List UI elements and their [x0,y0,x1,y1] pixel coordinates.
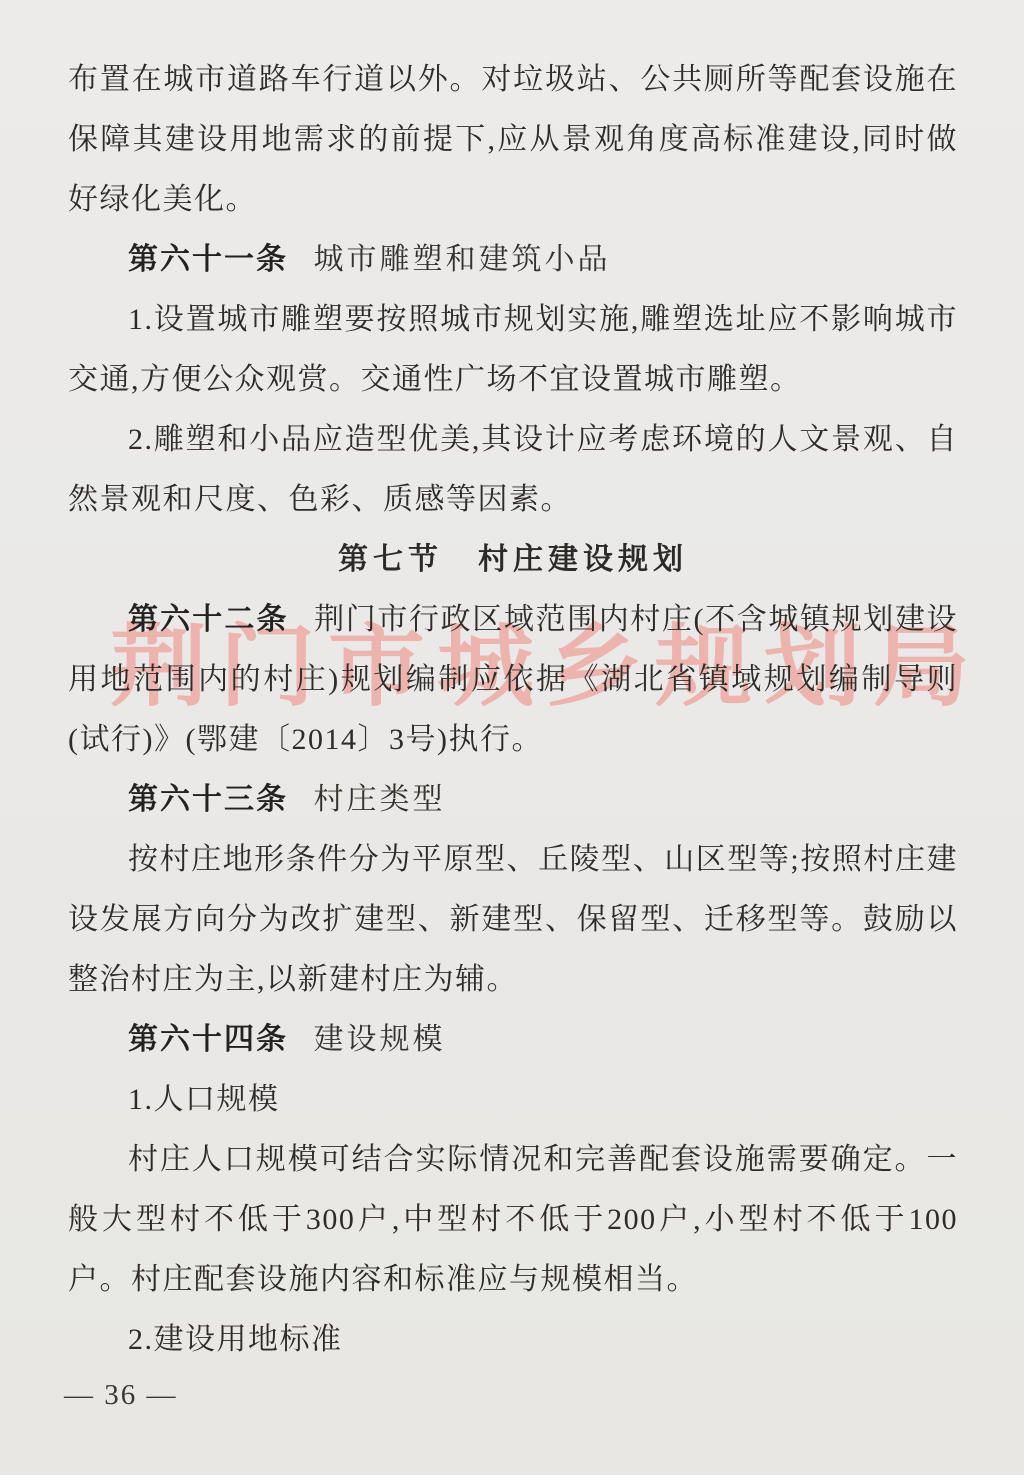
document-content: 布置在城市道路车行道以外。对垃圾站、公共厕所等配套设施在保障其建设用地需求的前提… [68,0,958,1370]
paragraph-village-types: 按村庄地形条件分为平原型、丘陵型、山区型等;按照村庄建设发展方向分为改扩建型、新… [68,830,958,1010]
article-number: 第六十四条 [128,1023,288,1056]
paragraph-population-scale: 村庄人口规模可结合实际情况和完善配套设施需要确定。一般大型村不低于300户,中型… [68,1130,958,1310]
article-62-paragraph: 第六十二条荆门市行政区域范围内村庄(不含城镇规划建设用地范围内的村庄)规划编制应… [68,590,958,770]
article-number: 第六十三条 [128,783,288,816]
paragraph-item-2: 2.雕塑和小品应造型优美,其设计应考虑环境的人文景观、自然景观和尺度、色彩、质感… [68,410,958,530]
paragraph-item-land-standard: 2.建设用地标准 [68,1310,958,1370]
article-title: 村庄类型 [314,783,446,816]
article-number: 第六十二条 [128,603,289,636]
article-title: 建设规模 [314,1023,446,1056]
article-title: 城市雕塑和建筑小品 [314,243,611,276]
article-heading-61: 第六十一条城市雕塑和建筑小品 [68,230,958,290]
page-number: — 36 — [64,1378,178,1412]
article-heading-63: 第六十三条村庄类型 [68,770,958,830]
paragraph-item-1: 1.设置城市雕塑要按照城市规划实施,雕塑选址应不影响城市交通,方便公众观赏。交通… [68,290,958,410]
paragraph-item-population: 1.人口规模 [68,1070,958,1130]
section-heading: 第七节 村庄建设规划 [68,530,958,590]
paragraph-continuation: 布置在城市道路车行道以外。对垃圾站、公共厕所等配套设施在保障其建设用地需求的前提… [68,50,958,230]
document-page: 荆门市城乡规划局 布置在城市道路车行道以外。对垃圾站、公共厕所等配套设施在保障其… [0,0,1024,1475]
article-number: 第六十一条 [128,243,288,276]
article-heading-64: 第六十四条建设规模 [68,1010,958,1070]
